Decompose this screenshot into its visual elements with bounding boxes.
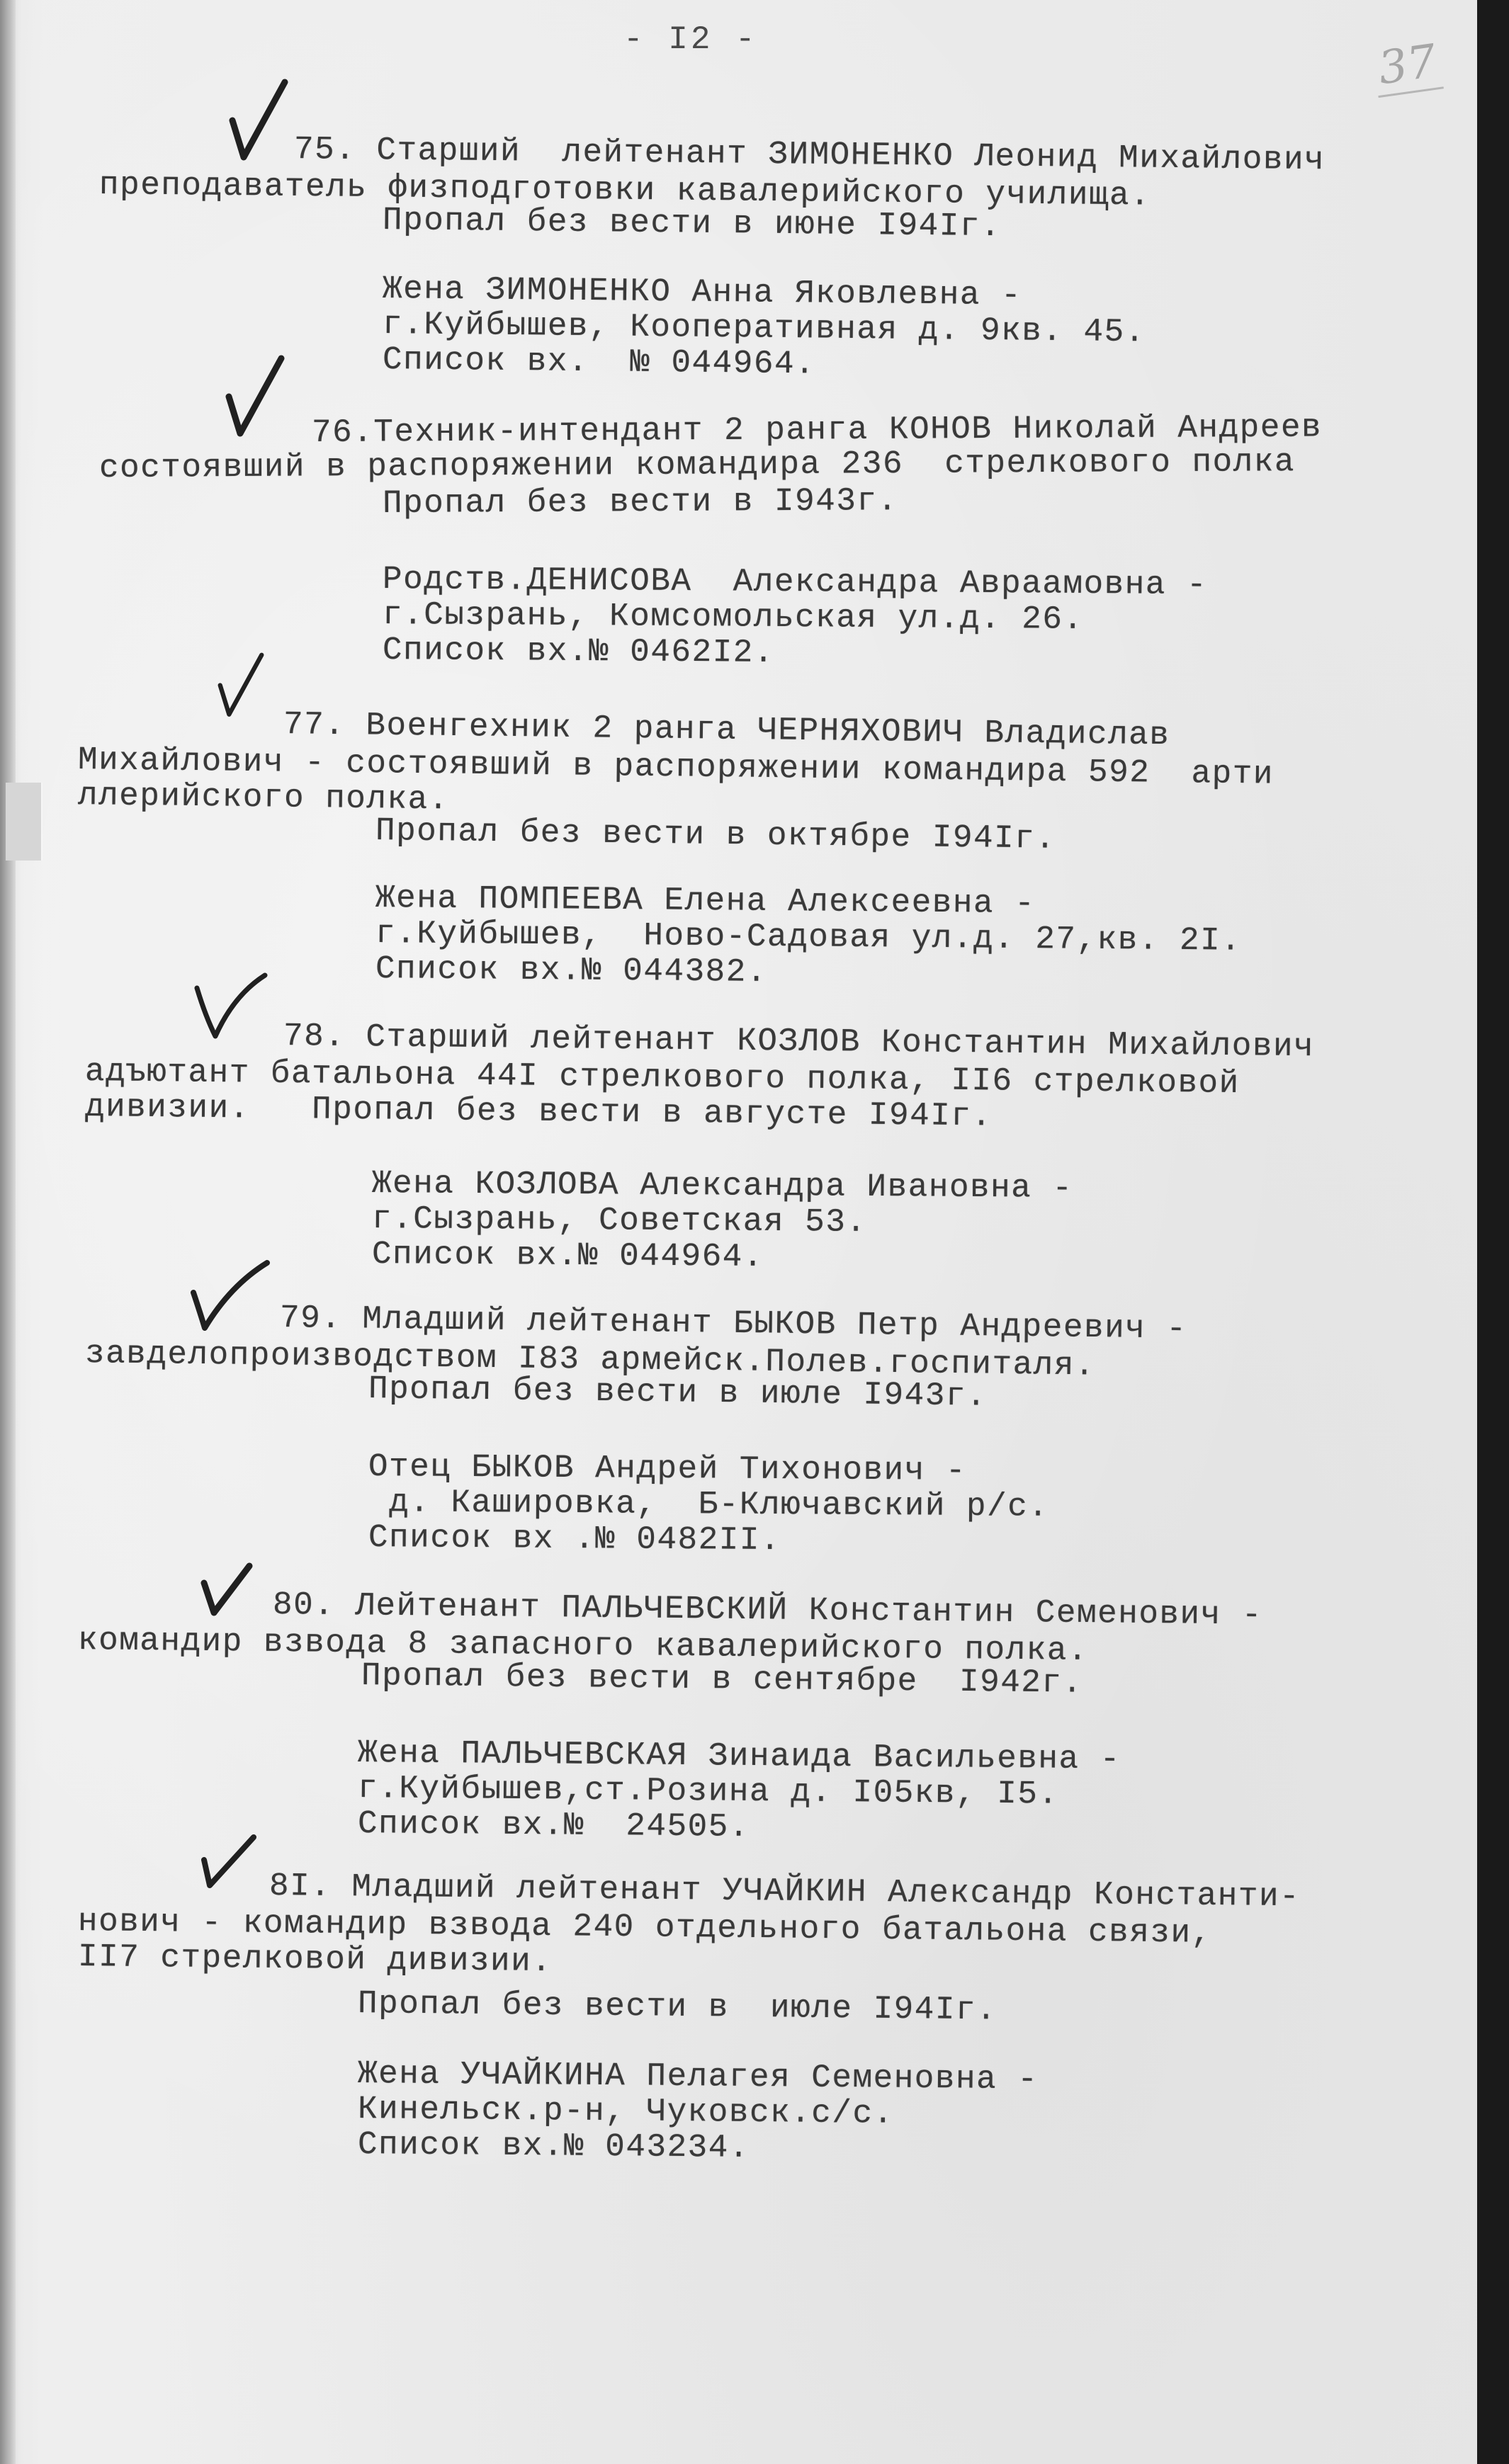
entry-78-relative-3: Список вх.№ 044964. [372, 1238, 764, 1273]
check-mark-icon [191, 967, 269, 1045]
entry-81-relative-2: Кинельск.р-н, Чуковск.с/с. [358, 2093, 894, 2130]
entry-81-line-4: Пропал без вести в июле I94Iг. [358, 1987, 997, 2026]
handwritten-folio-number: 37 [1371, 35, 1444, 98]
entry-81-line-3: II7 стрелковой дивизии. [78, 1941, 553, 1978]
entry-80-relative-1: Жена ПАЛЬЧЕВСКАЯ Зинаида Васильевна - [358, 1737, 1121, 1776]
entry-75-relative-3: Список вх. № 044964. [383, 344, 816, 380]
entry-79-relative-1: Отец БЫКОВ Андрей Тихонович - [368, 1450, 966, 1487]
entry-76-relative-1: Родств.ДЕНИСОВА Александра Авраамовна - [383, 563, 1207, 601]
entry-76-line-2: состоявший в распоряжении командира 236 … [99, 445, 1295, 484]
entry-76-line-3: Пропал без вести в I943г. [383, 484, 898, 520]
check-mark-icon [188, 1257, 273, 1335]
entry-79-line-3: Пропал без вести в июле I943г. [368, 1373, 988, 1413]
paper-tab [6, 783, 43, 861]
entry-77-relative-3: Список вх.№ 044382. [375, 953, 767, 989]
entry-75-relative-1: Жена ЗИМОНЕНКО Анна Яковлевна - [383, 273, 1022, 312]
entry-76-relative-3: Список вх.№ 0462I2. [383, 634, 774, 669]
entry-80-relative-3: Список вх.№ 24505. [358, 1807, 750, 1844]
check-mark-icon [198, 1562, 255, 1618]
entry-78-relative-2: г.Сызрань, Советская 53. [372, 1203, 867, 1239]
entry-81-relative-1: Жена УЧАЙКИНА Пелагея Семеновна - [358, 2057, 1039, 2096]
entry-79-relative-2: д. Кашировка, Б-Ключавский р/с. [368, 1486, 1049, 1523]
check-mark-icon [223, 354, 287, 439]
entry-78-line-3: дивизии. Пропал без вести в августе I94I… [85, 1091, 993, 1132]
entry-80-relative-2: г.Куйбышев,ст.Розина д. I05кв, I5. [358, 1772, 1059, 1811]
entry-76-line-1: 76.Техник-интендант 2 ранга КОНОВ Никола… [312, 411, 1322, 449]
entry-75-line-3: Пропал без вести в июне I94Iг. [383, 204, 1002, 243]
check-mark-icon [227, 78, 290, 163]
entry-77-line-3: ллерийского полка. [78, 779, 449, 816]
entry-79-relative-3: Список вх .№ 0482II. [368, 1521, 781, 1557]
entry-76-relative-2: г.Сызрань, Комсомольская ул.д. 26. [383, 598, 1084, 636]
page-number: - I2 - [623, 21, 758, 58]
entry-77-line-4: Пропал без вести в октябре I94Iг. [375, 814, 1056, 856]
entry-77-relative-1: Жена ПОМПЕЕВА Елена Алексеевна - [375, 882, 1036, 920]
check-mark-icon [198, 1834, 259, 1891]
binding-shadow [0, 0, 16, 2464]
entry-81-relative-3: Список вх.№ 043234. [358, 2128, 750, 2164]
entry-78-relative-1: Жена КОЗЛОВА Александра Ивановна - [372, 1167, 1073, 1205]
scan-border [1477, 0, 1509, 2464]
document-page: - I2 - 37 75. Старший лейтенант ЗИМОНЕНК… [0, 0, 1477, 2464]
entry-80-line-3: Пропал без вести в сентябре I942г. [361, 1659, 1083, 1700]
check-mark-icon [213, 652, 269, 719]
